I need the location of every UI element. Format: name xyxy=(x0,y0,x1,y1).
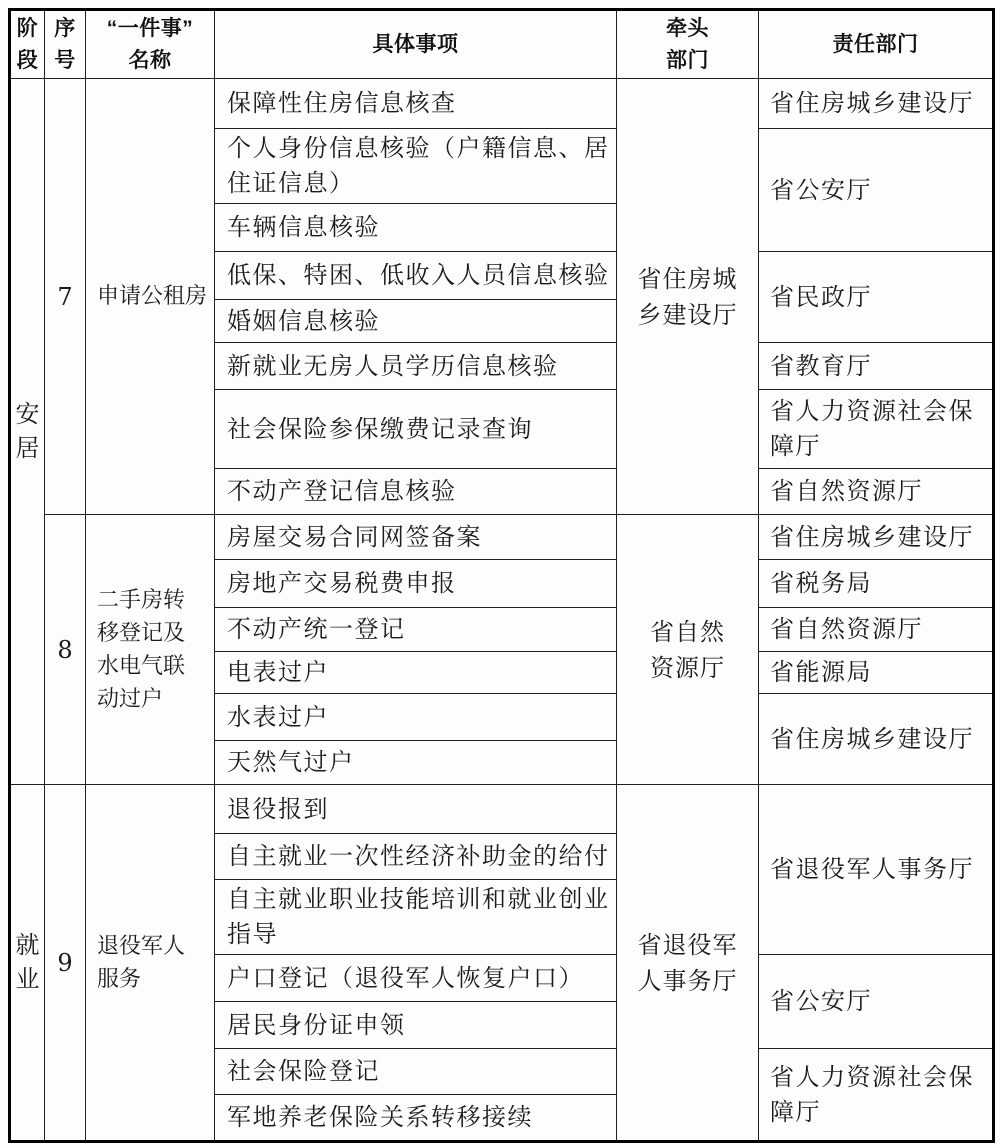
item-cell: 车辆信息核验 xyxy=(215,204,617,252)
responsible-cell: 省税务局 xyxy=(759,560,994,608)
responsible-cell: 省自然资源厅 xyxy=(759,608,994,652)
serial-cell: 8 xyxy=(45,515,86,785)
responsible-cell: 省教育厅 xyxy=(759,343,994,390)
responsible-cell: 省民政厅 xyxy=(759,252,994,343)
item-cell: 不动产统一登记 xyxy=(215,608,617,652)
table-row: 就业 9 退役军人 服务 退役报到 省退役军 人事务厅 省退役军人事务厅 xyxy=(10,785,994,834)
item-cell: 房地产交易税费申报 xyxy=(215,560,617,608)
item-cell: 个人身份信息核验（户籍信息、居住证信息） xyxy=(215,129,617,204)
responsible-cell: 省人力资源社会保障厅 xyxy=(759,1049,994,1142)
header-item: 具体事项 xyxy=(215,10,617,79)
responsible-cell: 省住房城乡建设厅 xyxy=(759,79,994,129)
name-cell: 申请公租房 xyxy=(86,79,215,515)
item-cell: 电表过户 xyxy=(215,652,617,694)
lead-cell: 省退役军 人事务厅 xyxy=(617,785,759,1142)
header-stage: 阶段 xyxy=(10,10,45,79)
item-cell: 退役报到 xyxy=(215,785,617,834)
lead-cell: 省自然 资源厅 xyxy=(617,515,759,785)
document-page: 阶段 序号 “一件事” 名称 具体事项 牵头 部门 责任部门 安居 7 申请公租… xyxy=(0,0,1000,1148)
header-row: 阶段 序号 “一件事” 名称 具体事项 牵头 部门 责任部门 xyxy=(10,10,994,79)
responsible-cell: 省公安厅 xyxy=(759,955,994,1049)
item-cell: 不动产登记信息核验 xyxy=(215,469,617,515)
header-name: “一件事” 名称 xyxy=(86,10,215,79)
item-cell: 婚姻信息核验 xyxy=(215,300,617,343)
item-cell: 房屋交易合同网签备案 xyxy=(215,515,617,560)
responsible-cell: 省公安厅 xyxy=(759,129,994,252)
item-cell: 社会保险参保缴费记录查询 xyxy=(215,390,617,469)
header-serial: 序号 xyxy=(45,10,86,79)
item-cell: 天然气过户 xyxy=(215,741,617,785)
header-responsible: 责任部门 xyxy=(759,10,994,79)
stage-cell: 就业 xyxy=(10,785,45,1142)
name-cell: 退役军人 服务 xyxy=(86,785,215,1142)
responsible-cell: 省住房城乡建设厅 xyxy=(759,515,994,560)
lead-cell: 省住房城 乡建设厅 xyxy=(617,79,759,515)
table-row: 8 二手房转 移登记及 水电气联 动过户 房屋交易合同网签备案 省自然 资源厅 … xyxy=(10,515,994,560)
stage-cell: 安居 xyxy=(10,79,45,785)
item-cell: 自主就业职业技能培训和就业创业指导 xyxy=(215,880,617,955)
table-row: 安居 7 申请公租房 保障性住房信息核查 省住房城 乡建设厅 省住房城乡建设厅 xyxy=(10,79,994,129)
item-cell: 户口登记（退役军人恢复户口） xyxy=(215,955,617,1002)
responsible-cell: 省退役军人事务厅 xyxy=(759,785,994,955)
responsible-cell: 省人力资源社会保障厅 xyxy=(759,390,994,469)
item-cell: 居民身份证申领 xyxy=(215,1002,617,1049)
header-lead: 牵头 部门 xyxy=(617,10,759,79)
item-cell: 社会保险登记 xyxy=(215,1049,617,1095)
responsible-cell: 省自然资源厅 xyxy=(759,469,994,515)
item-cell: 低保、特困、低收入人员信息核验 xyxy=(215,252,617,300)
serial-cell: 9 xyxy=(45,785,86,1142)
one-thing-services-table: 阶段 序号 “一件事” 名称 具体事项 牵头 部门 责任部门 安居 7 申请公租… xyxy=(8,8,995,1143)
item-cell: 自主就业一次性经济补助金的给付 xyxy=(215,834,617,880)
name-cell: 二手房转 移登记及 水电气联 动过户 xyxy=(86,515,215,785)
responsible-cell: 省能源局 xyxy=(759,652,994,694)
item-cell: 军地养老保险关系转移接续 xyxy=(215,1095,617,1142)
responsible-cell: 省住房城乡建设厅 xyxy=(759,694,994,785)
serial-cell: 7 xyxy=(45,79,86,515)
item-cell: 新就业无房人员学历信息核验 xyxy=(215,343,617,390)
item-cell: 水表过户 xyxy=(215,694,617,741)
item-cell: 保障性住房信息核查 xyxy=(215,79,617,129)
